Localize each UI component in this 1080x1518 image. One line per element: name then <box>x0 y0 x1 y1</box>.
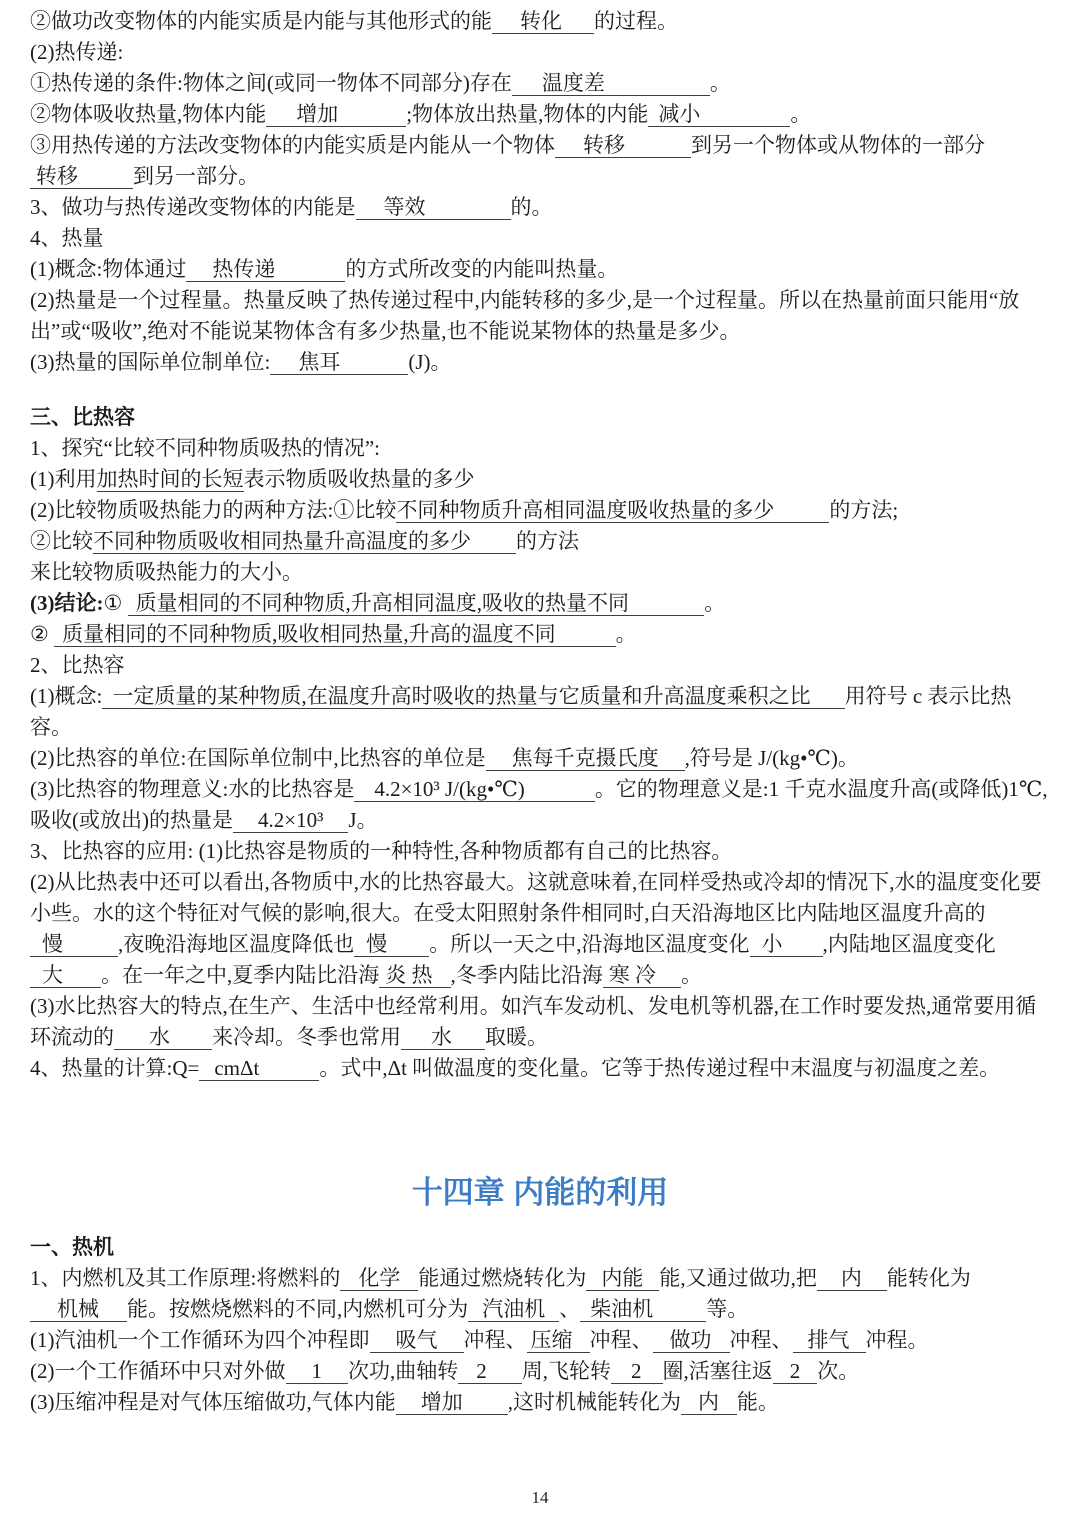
text-run: 的方法; <box>829 498 898 522</box>
text-run: ,冬季内陆比沿海 <box>451 963 603 987</box>
blank-answer: 焦每千克摄氏度 <box>486 746 685 771</box>
blank-answer: 汽油机 <box>468 1297 559 1322</box>
text-run: 。 <box>681 963 702 987</box>
text-run: 来比较物质吸热能力的大小。 <box>30 560 303 584</box>
text-run: ,内陆地区温度变化 <box>823 932 996 956</box>
paragraph: 来比较物质吸热能力的大小。 <box>30 557 1050 588</box>
blank-answer: 1 <box>286 1359 349 1384</box>
text-run: 能,又通过做功,把 <box>659 1266 817 1290</box>
text-run: 冲程。 <box>866 1328 929 1352</box>
text-run: 冲程、 <box>730 1328 793 1352</box>
text-run: (2)一个工作循环中只对外做 <box>30 1359 286 1383</box>
text-run: 。在一年之中,夏季内陆比沿海 <box>101 963 379 987</box>
text-run: ②比较 <box>30 529 93 553</box>
text-run: 。 <box>616 622 637 646</box>
blank-answer: 转移 <box>555 133 691 158</box>
bold-text: 三、比热容 <box>30 405 135 429</box>
blank-answer: 内能 <box>586 1266 659 1291</box>
blank-answer: 寒 冷 <box>603 963 681 988</box>
heading: 三、比热容 <box>30 402 1050 433</box>
text-run: ③用热传递的方法改变物体的内能实质是内能从一个物体 <box>30 133 555 157</box>
text-run: (1)利用 <box>30 467 97 491</box>
text-run: 来冷却。冬季也常用 <box>212 1025 401 1049</box>
paragraph: (1)利用加热时间的长短表示物质吸收热量的多少 <box>30 464 1050 495</box>
blank-answer: 转移 <box>30 164 133 189</box>
text-run: 的过程。 <box>594 9 678 33</box>
paragraph: (1)汽油机一个工作循环为四个冲程即吸气冲程、压缩冲程、做功冲程、排气冲程。 <box>30 1325 1050 1356</box>
blank-answer: 2 <box>773 1359 818 1384</box>
blank-answer: 加热时间的长短 <box>97 467 244 492</box>
paragraph: (3)比热容的物理意义:水的比热容是4.2×10³ J/(kg•℃)。它的物理意… <box>30 774 1050 836</box>
bold-text: 一、热机 <box>30 1235 114 1259</box>
paragraph: (3)热量的国际单位制单位:焦耳(J)。 <box>30 347 1050 378</box>
text-run: ②物体吸收热量,物体内能 <box>30 102 266 126</box>
blank-answer: 增加 <box>396 1390 508 1415</box>
text-run: ;物体放出热量,物体的内能 <box>406 102 648 126</box>
text-run: 周,飞轮转 <box>522 1359 611 1383</box>
paragraph: (2)从比热表中还可以看出,各物质中,水的比热容最大。这就意味着,在同样受热或冷… <box>30 867 1050 991</box>
paragraph: 2、比热容 <box>30 650 1050 681</box>
paragraph: (2)一个工作循环中只对外做1次功,曲轴转2周,飞轮转2圈,活塞往返2次。 <box>30 1356 1050 1387</box>
blank-answer: 吸气 <box>370 1328 464 1353</box>
paragraph: (2)热传递: <box>30 37 1050 68</box>
text-run: 1、探究“比较不同种物质吸热的情况”: <box>30 436 380 460</box>
text-run: 。 <box>790 102 811 126</box>
blank-answer: 减小 <box>648 102 790 127</box>
text-run: (2)从比热表中还可以看出,各物质中,水的比热容最大。这就意味着,在同样受热或冷… <box>30 870 1041 925</box>
paragraph: ①热传递的条件:物体之间(或同一物体不同部分)存在温度差。 <box>30 68 1050 99</box>
document-body: ②做功改变物体的内能实质是内能与其他形式的能转化的过程。(2)热传递:①热传递的… <box>0 0 1080 1418</box>
blank-answer: 转化 <box>492 9 594 34</box>
blank-answer: 水 <box>114 1025 212 1050</box>
blank-answer: 排气 <box>793 1328 866 1353</box>
blank-answer: 等效 <box>356 195 511 220</box>
text-run: 冲程、 <box>590 1328 653 1352</box>
blank-answer: 温度差 <box>512 71 710 96</box>
bold-text: (3)结论: <box>30 591 103 615</box>
blank-answer: 压缩 <box>527 1328 590 1353</box>
paragraph: (3)压缩冲程是对气体压缩做功,气体内能增加,这时机械能转化为内能。 <box>30 1387 1050 1418</box>
text-run: 能通过燃烧转化为 <box>418 1266 586 1290</box>
paragraph: (3)结论:① 质量相同的不同种物质,升高相同温度,吸收的热量不同。 <box>30 588 1050 619</box>
paragraph: ②比较不同种物质吸收相同热量升高温度的多少的方法 <box>30 526 1050 557</box>
text-run: ②做功改变物体的内能实质是内能与其他形式的能 <box>30 9 492 33</box>
paragraph: 1、探究“比较不同种物质吸热的情况”: <box>30 433 1050 464</box>
paragraph: (2)比热容的单位:在国际单位制中,比热容的单位是焦每千克摄氏度,符号是 J/(… <box>30 743 1050 774</box>
blank-answer: 柴油机 <box>580 1297 706 1322</box>
paragraph: 4、热量的计算:Q=cmΔt。式中,Δt 叫做温度的变化量。它等于热传递过程中末… <box>30 1053 1050 1084</box>
blank-answer: 质量相同的不同种物质,吸收相同热量,升高的温度不同 <box>54 622 616 647</box>
blank-answer: 内 <box>681 1390 737 1415</box>
heading: 一、热机 <box>30 1232 1050 1263</box>
text-run: 等。 <box>706 1297 748 1321</box>
blank-answer: 慢 <box>30 932 118 957</box>
text-run: ,夜晚沿海地区温度降低也 <box>118 932 354 956</box>
text-run: 能。 <box>737 1390 779 1414</box>
paragraph: 3、做功与热传递改变物体的内能是等效的。 <box>30 192 1050 223</box>
text-run: 。式中,Δt 叫做温度的变化量。它等于热传递过程中末温度与初温度之差。 <box>319 1056 1000 1080</box>
text-run: 表示物质吸收热量的多少 <box>244 467 475 491</box>
text-run: ① <box>103 591 127 615</box>
text-run: 2、比热容 <box>30 653 125 677</box>
text-run: 。 <box>704 591 725 615</box>
text-run: ①热传递的条件:物体之间(或同一物体不同部分)存在 <box>30 71 512 95</box>
chapter-title: 十四章 内能的利用 <box>30 1170 1050 1216</box>
text-run: 3、做功与热传递改变物体的内能是 <box>30 195 356 219</box>
blank-answer: 2 <box>458 1359 522 1384</box>
blank-answer: 做功 <box>653 1328 730 1353</box>
blank-answer: 热传递 <box>186 257 345 282</box>
text-run: 的方法 <box>516 529 579 553</box>
blank-answer: 机械 <box>30 1297 127 1322</box>
text-run: (3)热量的国际单位制单位: <box>30 350 270 374</box>
blank-answer: 大 <box>30 963 101 988</box>
text-run: (3)比热容的物理意义:水的比热容是 <box>30 777 354 801</box>
text-run: (1)汽油机一个工作循环为四个冲程即 <box>30 1328 370 1352</box>
text-run: 的。 <box>511 195 553 219</box>
paragraph: ②做功改变物体的内能实质是内能与其他形式的能转化的过程。 <box>30 6 1050 37</box>
text-run: 次功,曲轴转 <box>348 1359 458 1383</box>
text-run: (J)。 <box>408 350 451 374</box>
text-run: 1、内燃机及其工作原理:将燃料的 <box>30 1266 340 1290</box>
paragraph: 1、内燃机及其工作原理:将燃料的化学能通过燃烧转化为内能能,又通过做功,把内能转… <box>30 1263 1050 1325</box>
paragraph: 3、比热容的应用: (1)比热容是物质的一种特性,各种物质都有自己的比热容。 <box>30 836 1050 867</box>
blank-answer: 水 <box>401 1025 485 1050</box>
paragraph: (1)概念:一定质量的某种物质,在温度升高时吸收的热量与它质量和升高温度乘积之比… <box>30 681 1050 743</box>
text-run: (1)概念: <box>30 684 102 708</box>
text-run: ,这时机械能转化为 <box>508 1390 681 1414</box>
paragraph: 4、热量 <box>30 223 1050 254</box>
paragraph: (2)比较物质吸热能力的两种方法:①比较不同种物质升高相同温度吸收热量的多少的方… <box>30 495 1050 526</box>
paragraph: ② 质量相同的不同种物质,吸收相同热量,升高的温度不同。 <box>30 619 1050 650</box>
paragraph: (1)概念:物体通过热传递的方式所改变的内能叫热量。 <box>30 254 1050 285</box>
paragraph: (2)热量是一个过程量。热量反映了热传递过程中,内能转移的多少,是一个过程量。所… <box>30 285 1050 347</box>
text-run: (2)比热容的单位:在国际单位制中,比热容的单位是 <box>30 746 486 770</box>
text-run: (2)热传递: <box>30 40 123 64</box>
blank-answer: 4.2×10³ <box>233 808 348 833</box>
blank-answer: 2 <box>611 1359 663 1384</box>
blank-answer: 焦耳 <box>270 350 408 375</box>
blank-answer: 不同种物质吸收相同热量升高温度的多少 <box>93 529 516 554</box>
text-run: 圈,活塞往返 <box>663 1359 773 1383</box>
text-run: 次。 <box>817 1359 859 1383</box>
text-run: (1)概念:物体通过 <box>30 257 186 281</box>
text-run: 、 <box>559 1297 580 1321</box>
text-run: 4、热量 <box>30 226 104 250</box>
text-run: 取暖。 <box>485 1025 548 1049</box>
text-run: 4、热量的计算:Q= <box>30 1056 199 1080</box>
text-run: ,符号是 J/(kg•℃)。 <box>685 746 859 770</box>
blank-answer: 增加 <box>266 102 406 127</box>
text-run: 能。按燃烧燃料的不同,内燃机可分为 <box>127 1297 468 1321</box>
text-run: 能转化为 <box>887 1266 971 1290</box>
text-run: 。所以一天之中,沿海地区温度变化 <box>429 932 749 956</box>
paragraph: (3)水比热容大的特点,在生产、生活中也经常利用。如汽车发动机、发电机等机器,在… <box>30 991 1050 1053</box>
blank-answer: 内 <box>817 1266 887 1291</box>
text-run: 。 <box>710 71 731 95</box>
page-number: 14 <box>0 1488 1080 1508</box>
text-run: ② <box>30 622 54 646</box>
blank-answer: 化学 <box>340 1266 418 1291</box>
text-run: 的方式所改变的内能叫热量。 <box>345 257 618 281</box>
text-run: (2)热量是一个过程量。热量反映了热传递过程中,内能转移的多少,是一个过程量。所… <box>30 288 1019 343</box>
blank-answer: 炎 热 <box>379 963 450 988</box>
text-run: 到另一个物体或从物体的一部分 <box>691 133 985 157</box>
text-run: 冲程、 <box>464 1328 527 1352</box>
text-run: (3)压缩冲程是对气体压缩做功,气体内能 <box>30 1390 396 1414</box>
blank-answer: 不同种物质升高相同温度吸收热量的多少 <box>396 498 829 523</box>
blank-answer: cmΔt <box>199 1056 319 1081</box>
text-run: (2)比较物质吸热能力的两种方法:①比较 <box>30 498 396 522</box>
text-run: 十四章 内能的利用 <box>412 1175 669 1210</box>
text-run: 3、比热容的应用: (1)比热容是物质的一种特性,各种物质都有自己的比热容。 <box>30 839 732 863</box>
paragraph: ③用热传递的方法改变物体的内能实质是内能从一个物体转移到另一个物体或从物体的一部… <box>30 130 1050 192</box>
blank-answer: 慢 <box>354 932 429 957</box>
blank-answer: 质量相同的不同种物质,升高相同温度,吸收的热量不同 <box>128 591 705 616</box>
text-run: 到另一部分。 <box>133 164 259 188</box>
blank-answer: 小 <box>750 932 823 957</box>
blank-answer: 一定质量的某种物质,在温度升高时吸收的热量与它质量和升高温度乘积之比 <box>102 684 844 709</box>
paragraph: ②物体吸收热量,物体内能增加;物体放出热量,物体的内能减小。 <box>30 99 1050 130</box>
text-run: J。 <box>348 808 377 832</box>
blank-answer: 4.2×10³ J/(kg•℃) <box>354 777 594 802</box>
